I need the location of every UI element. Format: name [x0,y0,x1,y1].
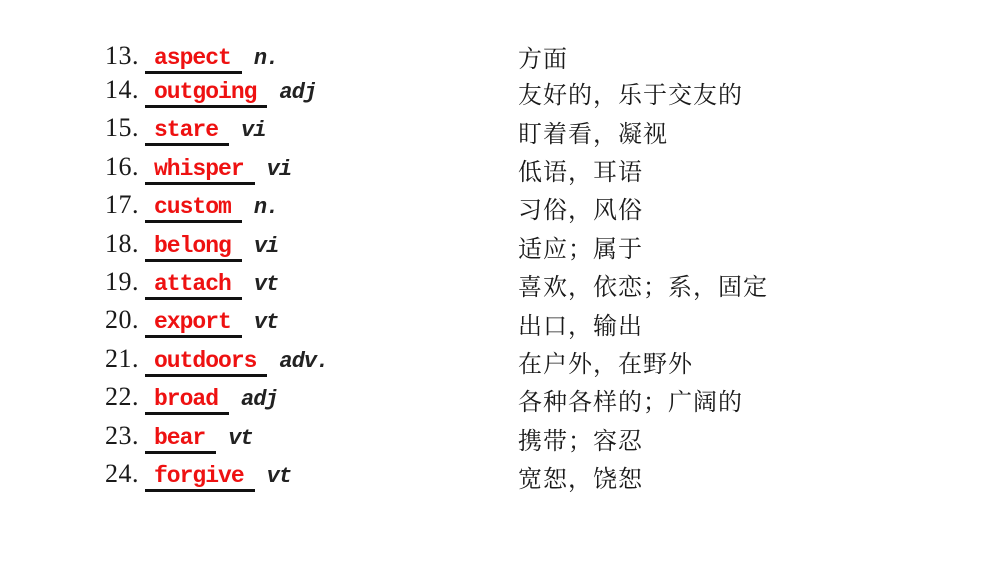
chinese-meaning: 友好的，乐于交友的 [518,75,743,110]
part-of-speech: vt [254,272,278,297]
item-number: 23. [105,421,145,451]
answer-blank: outdoors [145,350,267,377]
chinese-meaning: 喜欢，依恋；系，固定 [518,267,768,302]
vocab-row: 23. bear vt 携带；容忍 [105,421,1000,459]
chinese-meaning: 在户外，在野外 [518,344,693,379]
answer-word: outdoors [154,348,256,374]
answer-word: outgoing [154,79,256,105]
answer-blank: aspect [145,47,242,74]
item-number: 22. [105,382,145,412]
part-of-speech: vt [267,464,291,489]
vocab-row: 24. forgive vt 宽恕，饶恕 [105,459,1000,497]
answer-word: broad [154,386,218,412]
answer-blank: belong [145,235,242,262]
part-of-speech: vi [254,234,278,259]
item-number: 24. [105,459,145,489]
part-of-speech: adv. [279,349,328,374]
vocab-row: 21. outdoors adv. 在户外，在野外 [105,344,1000,382]
answer-word: belong [154,233,231,259]
answer-blank: whisper [145,158,255,185]
vocab-row: 18. belong vi 适应；属于 [105,229,1000,267]
vocab-row: 13. aspect n. 方面 [105,41,1000,75]
answer-word: custom [154,194,231,220]
answer-blank: forgive [145,465,255,492]
answer-blank: custom [145,196,242,223]
part-of-speech: vt [228,426,252,451]
vocab-row: 14. outgoing adj 友好的，乐于交友的 [105,75,1000,113]
answer-word: stare [154,117,218,143]
item-number: 20. [105,305,145,335]
item-number: 14. [105,75,145,105]
part-of-speech: vt [254,310,278,335]
vocab-row: 19. attach vt 喜欢，依恋；系，固定 [105,267,1000,305]
answer-blank: broad [145,388,229,415]
part-of-speech: n. [254,46,278,71]
answer-word: forgive [154,463,244,489]
part-of-speech: vi [267,157,291,182]
item-number: 13. [105,41,145,71]
answer-word: aspect [154,45,231,71]
vocab-row: 17. custom n. 习俗，风俗 [105,190,1000,228]
item-number: 18. [105,229,145,259]
chinese-meaning: 方面 [518,39,568,74]
chinese-meaning: 适应；属于 [518,229,643,264]
answer-blank: bear [145,427,216,454]
answer-word: whisper [154,156,244,182]
chinese-meaning: 出口，输出 [518,306,643,341]
vocab-row: 15. stare vi 盯着看，凝视 [105,113,1000,151]
part-of-speech: adj [241,387,278,412]
chinese-meaning: 宽恕，饶恕 [518,459,643,494]
part-of-speech: adj [279,80,316,105]
chinese-meaning: 盯着看，凝视 [518,114,668,149]
chinese-meaning: 习俗，风俗 [518,190,643,225]
vocab-row: 22. broad adj 各种各样的；广阔的 [105,382,1000,420]
item-number: 17. [105,190,145,220]
vocab-list-page: 13. aspect n. 方面 14. outgoing adj 友好的，乐于… [0,0,1000,562]
vocab-list: 13. aspect n. 方面 14. outgoing adj 友好的，乐于… [105,41,1000,497]
part-of-speech: vi [241,118,265,143]
chinese-meaning: 携带；容忍 [518,421,643,456]
answer-word: export [154,309,231,335]
answer-word: bear [154,425,205,451]
answer-blank: attach [145,273,242,300]
chinese-meaning: 低语，耳语 [518,152,643,187]
vocab-row: 20. export vt 出口，输出 [105,305,1000,343]
answer-blank: stare [145,119,229,146]
answer-blank: outgoing [145,81,267,108]
answer-word: attach [154,271,231,297]
part-of-speech: n. [254,195,278,220]
item-number: 15. [105,113,145,143]
answer-blank: export [145,311,242,338]
item-number: 21. [105,344,145,374]
item-number: 16. [105,152,145,182]
item-number: 19. [105,267,145,297]
chinese-meaning: 各种各样的；广阔的 [518,382,743,417]
vocab-row: 16. whisper vi 低语，耳语 [105,152,1000,190]
